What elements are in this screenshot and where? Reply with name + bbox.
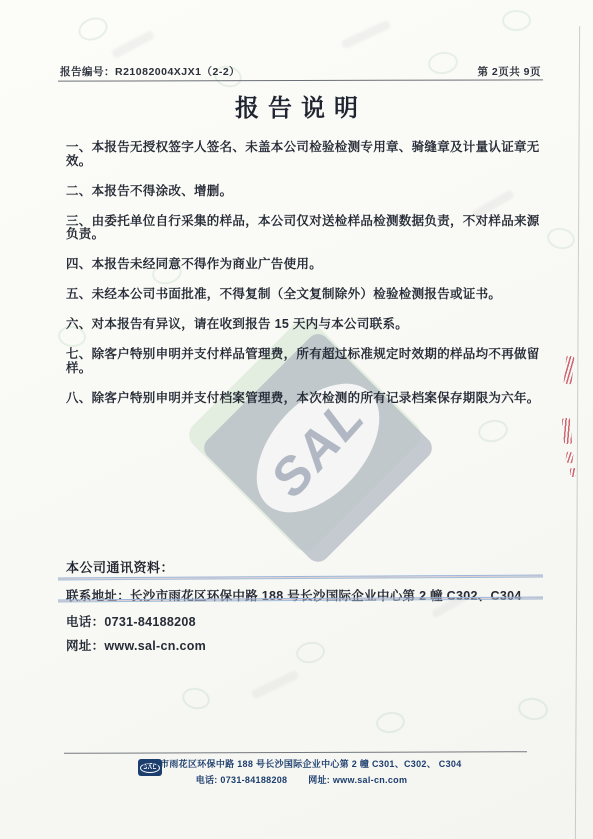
report-number-label: 报告编号：	[60, 66, 115, 78]
footer-website: 网址: www.sal-cn.com	[308, 775, 407, 785]
paging-seal-fragment	[565, 452, 573, 464]
watermark-texture	[516, 696, 549, 722]
header-rule	[58, 79, 543, 81]
page-fold-line	[575, 26, 580, 839]
paging-seal-fragment	[562, 418, 572, 445]
watermark-texture	[545, 226, 576, 252]
report-notes: 一、本报告无授权签字人签名、未盖本公司检验检测专用章、骑缝章及计量认证章无效。 …	[66, 141, 549, 422]
note-item: 三、由委托单位自行采集的样品，本公司仅对送检样品检测数据负责，不对样品来源负责。	[66, 215, 549, 242]
watermark-texture	[375, 710, 407, 735]
note-item: 八、除客户特别申明并支付档案管理费，本次检测的所有记录档案保存期限为六年。	[66, 392, 549, 406]
paging-seal-fragment	[564, 356, 575, 385]
page-title: 报告说明	[0, 88, 593, 123]
scan-smudge	[111, 30, 156, 60]
note-item: 七、除客户特别申明并支付样品管理费，所有超过标准规定时效期的样品均不再做留样。	[66, 348, 549, 375]
contact-website: 网址：www.sal-cn.com	[66, 636, 206, 654]
note-item: 二、本报告不得涂改、增删。	[66, 185, 549, 199]
page-header: 报告编号：R21082004XJX1（2-2） 第 2页共 9页	[60, 64, 541, 79]
report-number-value: R21082004XJX1（2-2）	[115, 66, 240, 78]
note-item: 一、本报告无授权签字人签名、未盖本公司检验检测专用章、骑缝章及计量认证章无效。	[66, 141, 549, 168]
note-item: 六、对本报告有异议，请在收到报告 15 天内与本公司联系。	[66, 318, 549, 332]
page-indicator: 第 2页共 9页	[477, 64, 541, 79]
contact-phone: 电话：0731-84188208	[66, 612, 196, 630]
report-number: 报告编号：R21082004XJX1（2-2）	[60, 64, 240, 79]
scan-smudge	[341, 19, 392, 49]
watermark-texture	[294, 640, 326, 666]
footer-address: 长沙市雨花区环保中路 188 号长沙国际企业中心第 2 幢 C301、C302、…	[120, 757, 483, 773]
watermark-texture	[180, 685, 212, 712]
footer-rule	[64, 751, 527, 754]
watermark-texture	[502, 10, 531, 31]
contact-heading: 本公司通讯资料：	[66, 557, 174, 576]
footer-phone-web: 电话: 0731-84188208 网址: www.sal-cn.com	[120, 773, 483, 789]
watermark-texture	[75, 14, 111, 45]
contact-address: 联系地址：长沙市雨花区环保中路 188 号长沙国际企业中心第 2 幢 C302、…	[66, 586, 522, 604]
note-item: 五、未经本公司书面批准，不得复制（全文复制除外）检验检测报告或证书。	[66, 288, 549, 302]
note-item: 四、本报告未经同意不得作为商业广告使用。	[66, 258, 549, 272]
footer-phone: 电话: 0731-84188208	[196, 775, 288, 785]
footer-contact: 长沙市雨花区环保中路 188 号长沙国际企业中心第 2 幢 C301、C302、…	[120, 757, 483, 788]
scanned-report-page: 报告编号：R21082004XJX1（2-2） 第 2页共 9页 报告说明 SA…	[0, 0, 593, 839]
scan-smudge	[251, 669, 300, 699]
paging-seal-fragment	[570, 468, 576, 477]
